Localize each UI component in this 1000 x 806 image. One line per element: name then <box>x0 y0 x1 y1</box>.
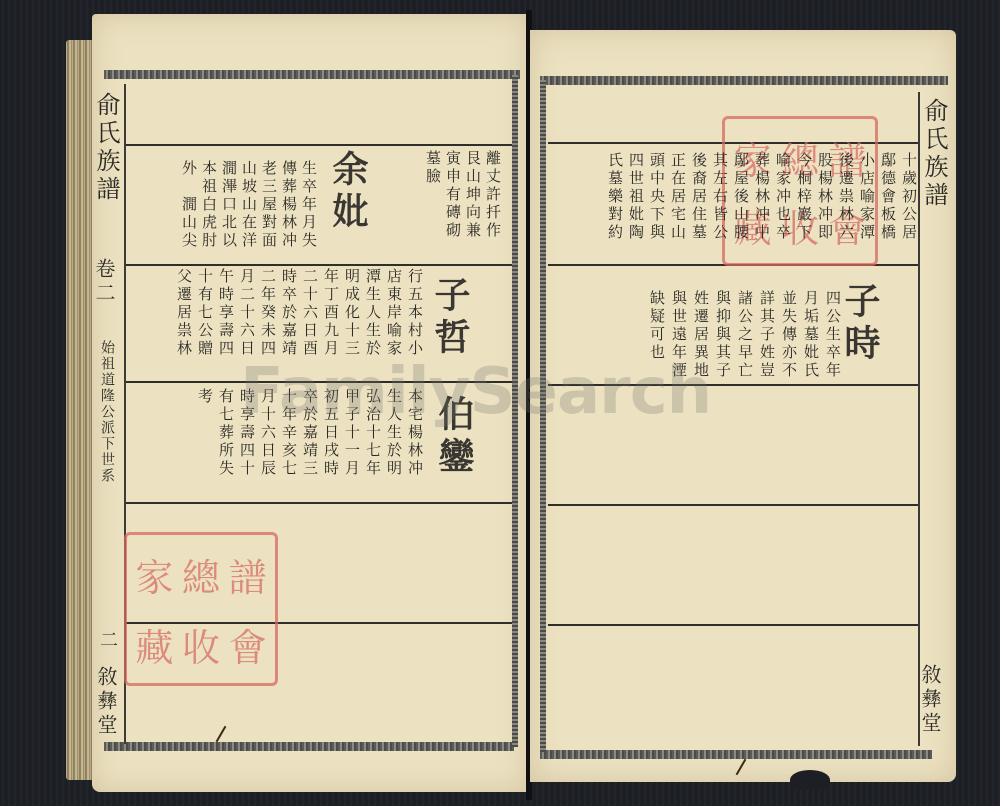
text-column: 潭生人生於 <box>365 268 380 358</box>
text-column: 年丁酉九月 <box>323 268 338 358</box>
right-rule-5 <box>548 624 918 626</box>
text-column: 行五本村小 <box>407 268 422 358</box>
text-column: 今桐梓巖下 <box>796 152 811 242</box>
text-column: 其左右皆公 <box>712 152 727 242</box>
left-top-border <box>104 70 520 79</box>
seal-char: 收 <box>182 617 220 672</box>
left-rule-4 <box>126 502 512 504</box>
son-heading-zhe: 子哲 <box>432 276 468 360</box>
seal-char: 會 <box>229 617 267 672</box>
text-column: 二十六日酉 <box>302 268 317 358</box>
text-column: 四公生卒年 <box>825 290 840 380</box>
text-column: 頭中央下與 <box>649 152 664 242</box>
text-column: 午時享壽四 <box>218 268 233 358</box>
text-column: 後裔居住墓 <box>691 152 706 242</box>
seal-char: 總 <box>182 547 220 602</box>
text-column: 二年癸未四 <box>260 268 275 358</box>
left-volume-label: 卷二 <box>94 258 114 306</box>
text-column: 並失傳亦不 <box>781 290 796 380</box>
text-column: 與抑與其子 <box>715 290 730 380</box>
text-column: 寅申有磚砌 <box>445 150 460 240</box>
text-column: 月垢墓妣氏 <box>803 290 818 380</box>
left-branch-caption: 始祖道隆公派下世系 <box>100 340 114 484</box>
spouse-heading: 余妣 <box>330 150 366 234</box>
text-column: 鄬屋後山腰 <box>733 152 748 242</box>
left-upper-continued: 離丈許扦作 艮山坤向兼 寅申有磚砌 墓臉 <box>425 150 500 240</box>
text-column: 諸公之早亡 <box>737 290 752 380</box>
seal-char: 家 <box>135 547 173 602</box>
text-column: 正在居宅山 <box>670 152 685 242</box>
text-column: 明成化十三 <box>344 268 359 358</box>
seal-char: 譜 <box>229 547 267 602</box>
left-hall-name: 敘彝堂 <box>96 666 116 738</box>
text-column: 鄬德會板橋 <box>880 152 895 242</box>
text-column: 本祖白虎肘 <box>201 160 216 250</box>
left-middle-text: 行五本村小 店東岸喻家 潭生人生於 明成化十三 年丁酉九月 二十六日酉 時卒於嘉… <box>176 268 422 358</box>
left-spouse-text: 生卒年月失 傳葬楊林冲 老三屋對面 山坡山在洋 㵎滭口北以 本祖白虎肘 外𤤹㵎山… <box>181 160 316 250</box>
right-top-border <box>540 76 948 85</box>
familysearch-watermark: FamilySearch <box>240 355 711 429</box>
right-rule-4 <box>548 504 918 506</box>
left-page-number: 二 <box>98 630 116 652</box>
text-column: 山坡山在洋 <box>241 160 256 250</box>
left-rule-1 <box>126 144 512 146</box>
right-bottom-border <box>540 750 932 759</box>
left-bottom-border <box>104 742 514 751</box>
text-column: 艮山坤向兼 <box>465 150 480 240</box>
text-column: 有七葬所失 <box>218 388 233 478</box>
text-column: 十有七公贈 <box>197 268 212 358</box>
text-column: 月二十六日 <box>239 268 254 358</box>
text-column: 生卒年月失 <box>301 160 316 250</box>
text-column: 外𤤹㵎山尖 <box>181 160 196 250</box>
text-column: 墓臉 <box>425 150 440 240</box>
text-column: 氏墓樂對約 <box>607 152 622 242</box>
text-column: 十歲初公居 <box>901 152 916 242</box>
seal-char: 藏 <box>135 617 173 672</box>
text-column: 四世祖妣陶 <box>628 152 643 242</box>
right-upper-text: 十歲初公居 鄬德會板橋 小店喻家潭 後遷祟林六 股楊林冲即 今桐梓巖下 喻家冲也… <box>607 152 916 242</box>
left-rule-2 <box>126 264 512 266</box>
text-column: 時卒於嘉靖 <box>281 268 296 358</box>
text-column: 老三屋對面 <box>261 160 276 250</box>
text-column: 喻家冲也卒 <box>775 152 790 242</box>
right-hall-name: 敘彝堂 <box>920 664 940 736</box>
right-margin-title: 俞氏族譜 <box>922 98 946 210</box>
paper-tear <box>790 770 830 790</box>
text-column: 父遷居祟林 <box>176 268 191 358</box>
text-column: 股楊林冲即 <box>817 152 832 242</box>
text-column: 離丈許扦作 <box>485 150 500 240</box>
left-margin-title: 俞氏族譜 <box>94 92 118 204</box>
text-column: 傳葬楊林冲 <box>281 160 296 250</box>
text-column: 葬楊林冲中 <box>754 152 769 242</box>
collector-seal-left: 譜 總 家 會 收 藏 <box>124 532 278 686</box>
son-heading-shi: 子時 <box>842 282 878 366</box>
text-column: 考 <box>197 388 212 478</box>
text-column: 㵎滭口北以 <box>221 160 236 250</box>
text-column: 店東岸喻家 <box>386 268 401 358</box>
text-column: 後遷祟林六 <box>838 152 853 242</box>
text-column: 小店喻家潭 <box>859 152 874 242</box>
text-column: 詳其子姓豈 <box>759 290 774 380</box>
